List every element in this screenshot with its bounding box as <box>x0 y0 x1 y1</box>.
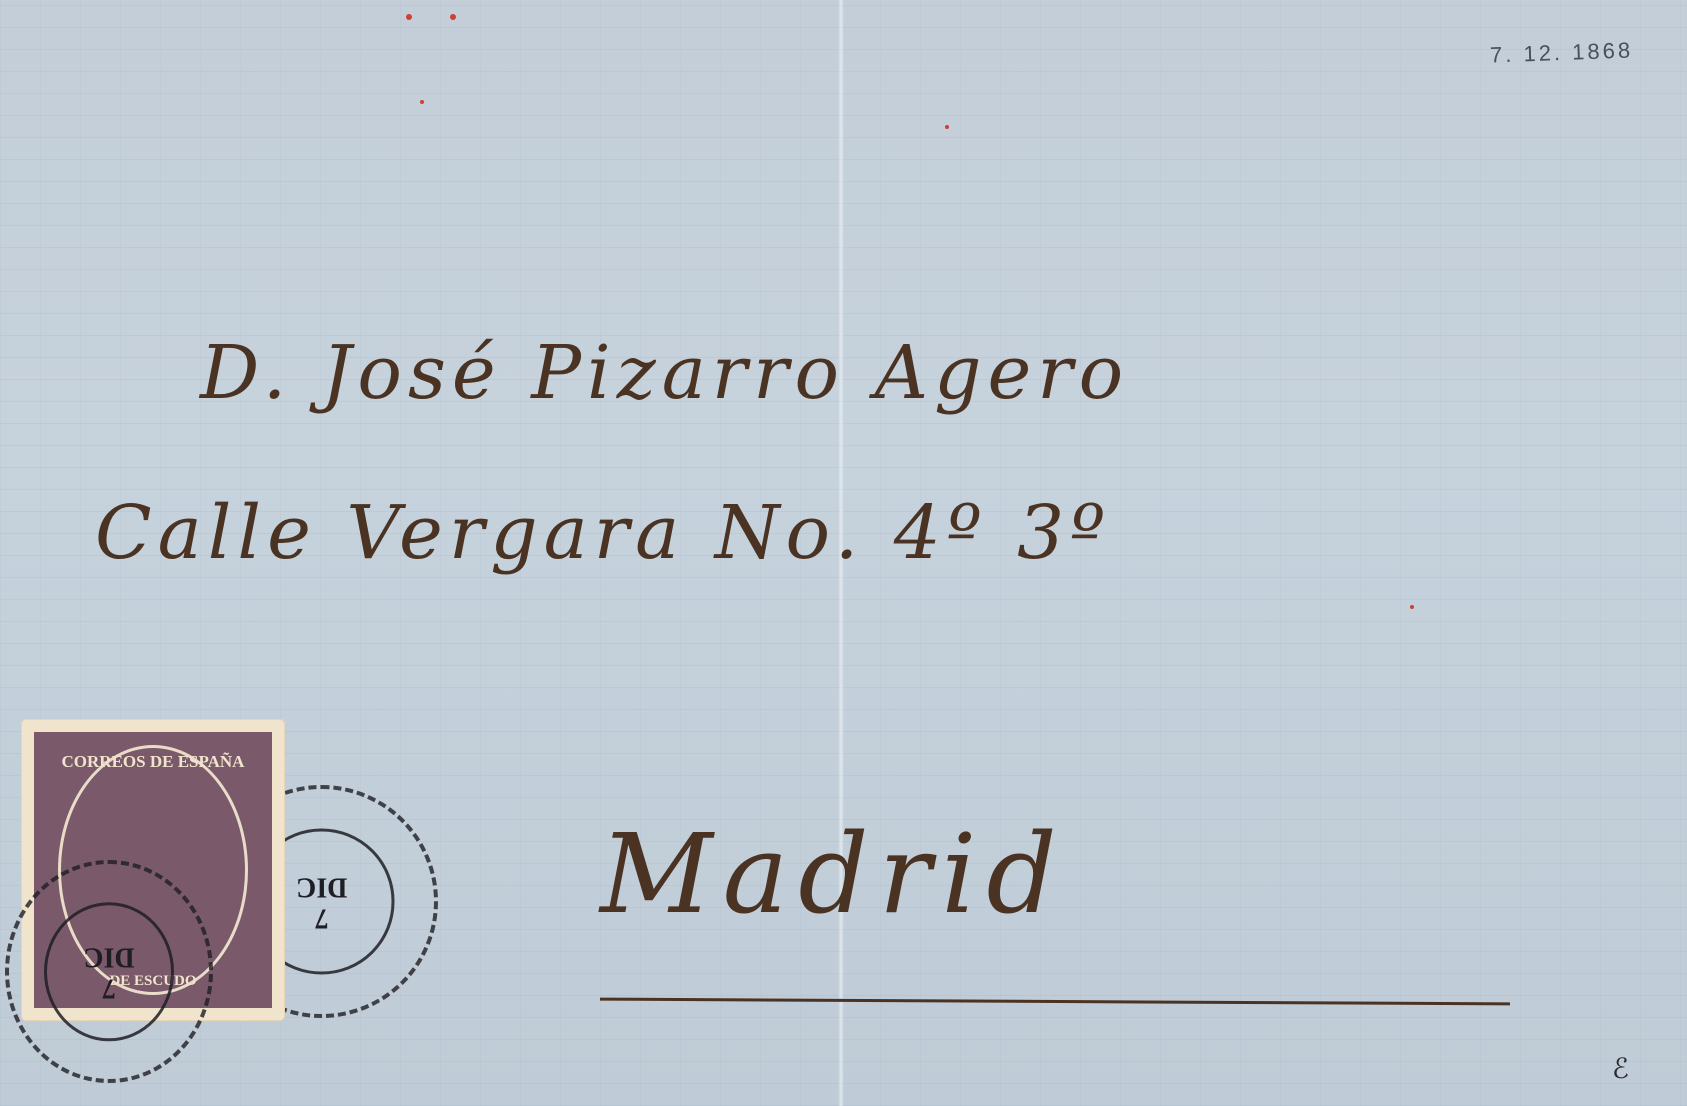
collector-mark: ℰ <box>1612 1052 1629 1085</box>
address-street: Calle Vergara No. 4º 3º <box>95 490 1111 576</box>
red-speck <box>420 100 424 104</box>
red-speck <box>945 125 949 129</box>
address-city: Madrid <box>600 810 1067 938</box>
envelope: 7. 12. 1868 D. José Pizarro Agero Calle … <box>0 0 1687 1106</box>
postmark-date: 7 DIC <box>44 902 174 1041</box>
red-speck <box>1410 605 1414 609</box>
city-underline <box>600 998 1510 1006</box>
address-recipient: D. José Pizarro Agero <box>200 330 1129 416</box>
postmark-left: 7 DIC <box>5 860 213 1083</box>
red-speck <box>450 14 456 20</box>
pencil-date-annotation: 7. 12. 1868 <box>1490 38 1634 69</box>
red-speck <box>406 14 412 20</box>
